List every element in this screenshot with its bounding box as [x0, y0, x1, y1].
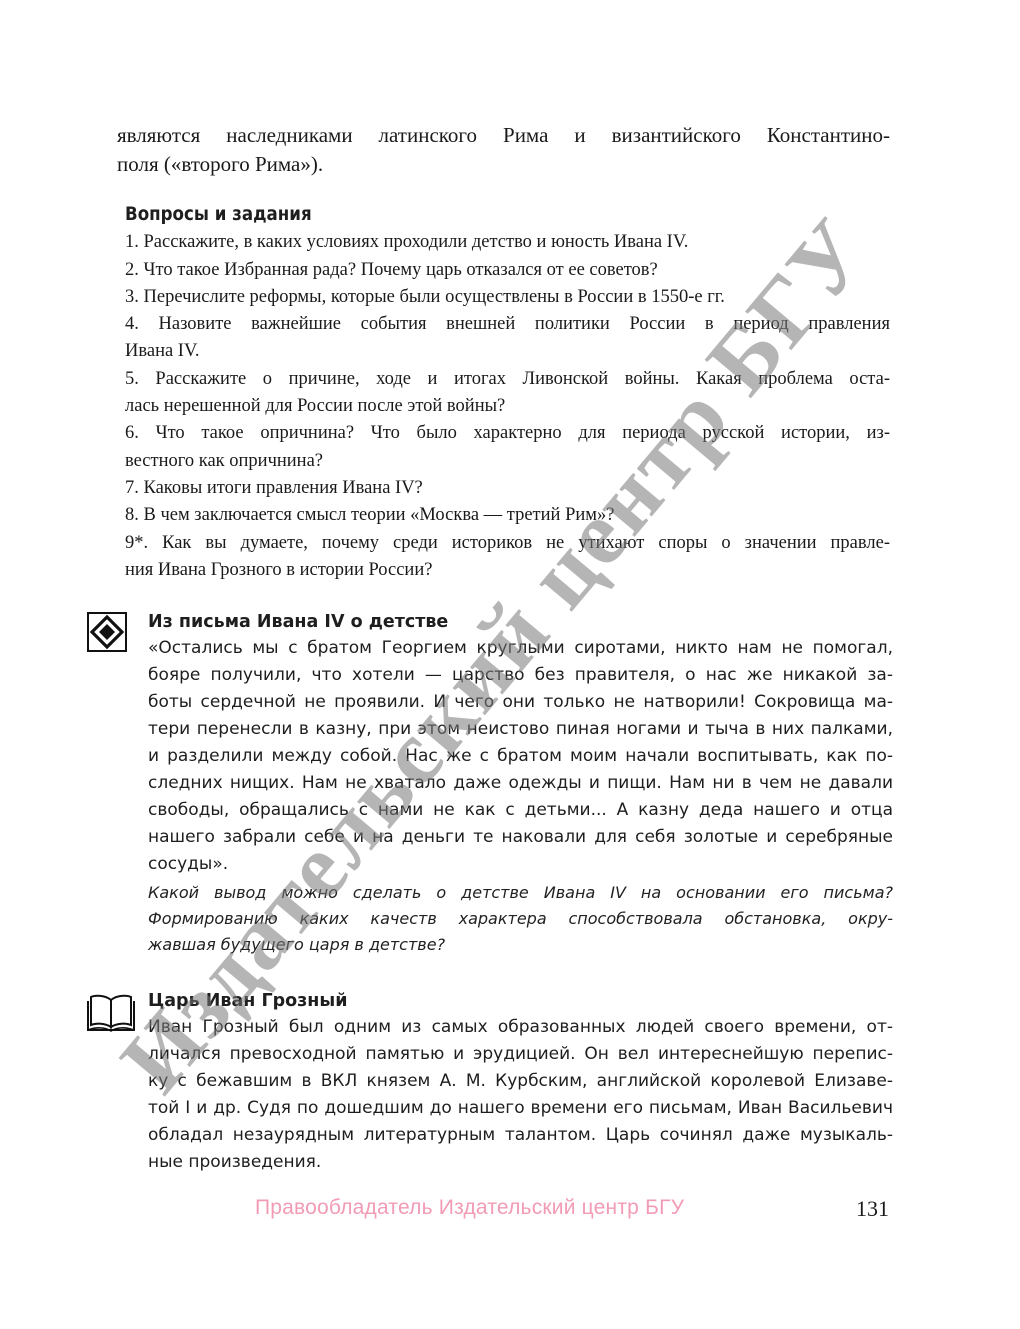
text-line: свободы, обращались с нами не как с деть… [148, 797, 893, 824]
letter-quote: «Остались мы с братом Георгием круглыми … [148, 635, 893, 878]
rights-holder-footer: Правообладатель Издательский центр БГУ [255, 1196, 684, 1220]
text-line: жавшая будущего царя в детстве? [148, 932, 893, 958]
text-line: обладал незаурядным литературным таланто… [148, 1122, 893, 1149]
diamond-document-icon [87, 612, 127, 652]
text-line: и разделили между собой. Нас же с братом… [148, 743, 893, 770]
intro-paragraph: являются наследниками латинского Рима и … [117, 121, 890, 179]
question-line: 5. Расскажите о причине, ходе и итогах Л… [125, 366, 890, 393]
text-line: Какой вывод можно сделать о детстве Иван… [148, 880, 893, 906]
letter-section: Из письма Ивана IV о детстве «Остались м… [148, 609, 893, 958]
text-line: личался превосходной памятью и эрудицией… [148, 1041, 893, 1068]
tsar-text: Иван Грозный был одним из самых образова… [148, 1014, 893, 1176]
text-line: бояре получили, что хотели — царство без… [148, 662, 893, 689]
text-line: тери перенесли в казну, при этом неистов… [148, 716, 893, 743]
question-line: 8. В чем заключается смысл теории «Москв… [125, 502, 890, 529]
text-line: Иван Грозный был одним из самых образова… [148, 1014, 893, 1041]
text-line: «Остались мы с братом Георгием круглыми … [148, 635, 893, 662]
textbook-page: являются наследниками латинского Рима и … [0, 0, 1020, 1329]
question-line: ния Ивана Грозного в истории России? [125, 557, 890, 584]
letter-questions: Какой вывод можно сделать о детстве Иван… [148, 880, 893, 958]
page-number: 131 [856, 1196, 889, 1222]
question-line: 7. Каковы итоги правления Ивана IV? [125, 475, 890, 502]
question-line: 6. Что такое опричнина? Что было характе… [125, 420, 890, 447]
text-line: Формированию каких качеств характера спо… [148, 906, 893, 932]
questions-section: Вопросы и задания 1. Расскажите, в каких… [125, 201, 890, 584]
tsar-section: Царь Иван Грозный Иван Грозный был одним… [148, 988, 893, 1176]
question-line: 1. Расскажите, в каких условиях проходил… [125, 229, 890, 256]
text-line: сосуды». [148, 851, 893, 878]
text-line: боты сердечной не проявили. И чего они т… [148, 689, 893, 716]
question-line: вестного как опричнина? [125, 448, 890, 475]
text-line: нашего забрали себе и на деньги те наков… [148, 824, 893, 851]
text-line: той I и др. Судя по дошедшим до нашего в… [148, 1095, 893, 1122]
text-line: являются наследниками латинского Рима и … [117, 121, 890, 150]
text-line: ку с бежавшим в ВКЛ князем А. М. Курбски… [148, 1068, 893, 1095]
letter-section-title: Из письма Ивана IV о детстве [148, 609, 893, 635]
text-line: поля («второго Рима»). [117, 150, 890, 179]
question-line: 4. Назовите важнейшие события внешней по… [125, 311, 890, 338]
question-line: 3. Перечислите реформы, которые были осу… [125, 284, 890, 311]
questions-heading: Вопросы и задания [125, 201, 814, 228]
open-book-icon [86, 992, 136, 1034]
question-line: Ивана IV. [125, 338, 890, 365]
text-line: ные произведения. [148, 1149, 893, 1176]
text-line: следних нищих. Нам не хватало даже одежд… [148, 770, 893, 797]
question-line: 2. Что такое Избранная рада? Почему царь… [125, 257, 890, 284]
question-line: 9*. Как вы думаете, почему среди историк… [125, 530, 890, 557]
tsar-section-title: Царь Иван Грозный [148, 988, 893, 1014]
question-line: лась нерешенной для России после этой во… [125, 393, 890, 420]
